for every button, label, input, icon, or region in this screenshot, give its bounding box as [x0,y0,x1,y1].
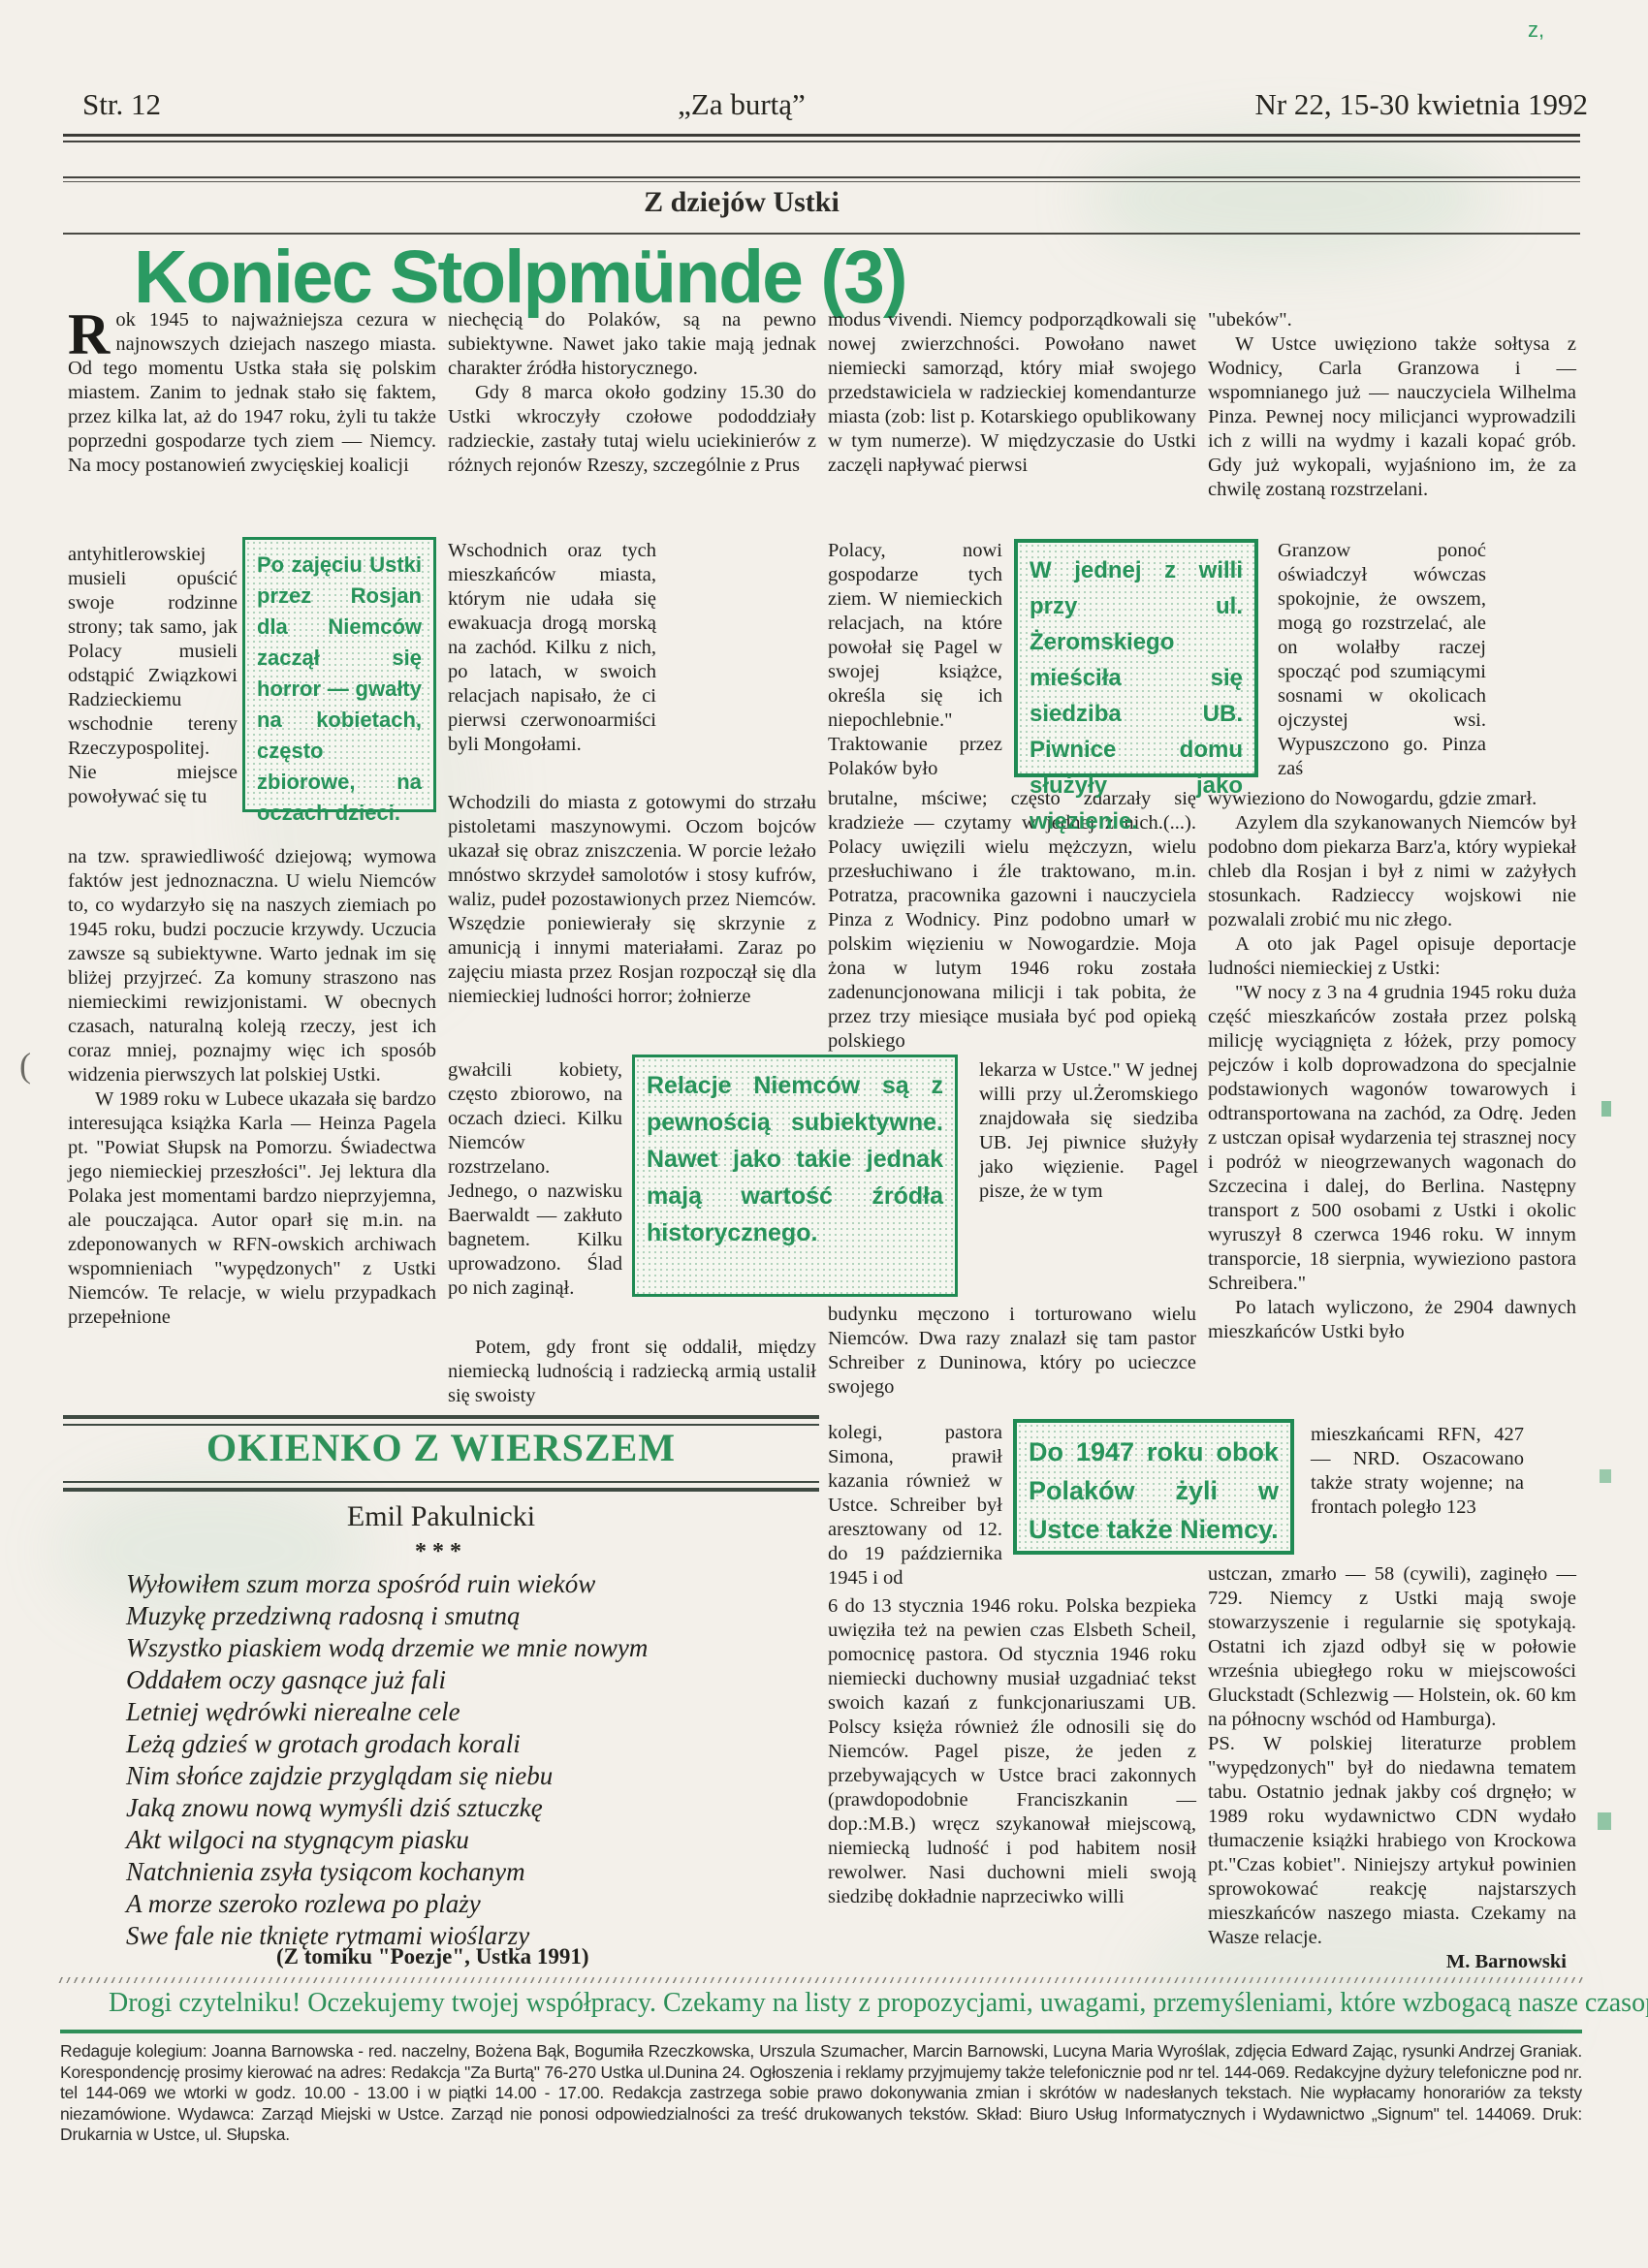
drop-cap: R [68,308,115,357]
masthead: „Za burtą” [63,87,1420,122]
pull-quote-box-1: Po zajęciu Ustki przez Rosjan dla Niemcó… [242,537,436,812]
poem-line: Natchnienia zsyła tysiącom kochanym [126,1856,727,1888]
article-text-segment: Rok 1945 to najważniejsza cezura w najno… [68,308,436,478]
article-text-segment: modus vivendi. Niemcy podporządkowali si… [828,308,1196,478]
article-text-segment: ustczan, zmarło — 58 (cywili), zaginęło … [1208,1562,1576,1974]
margin-mark: ( [19,1045,31,1086]
article-text-segment: na tzw. sprawiedliwość dziejową; wymowa … [68,845,436,1330]
margin-mark [1601,1101,1611,1117]
article-text-segment: lekarza w Ustce." W jednej willi przy ul… [979,1058,1198,1204]
poem-line: Jaką znowu nową wymyśli dziś sztuczkę [126,1792,727,1824]
margin-mark [1598,1812,1611,1830]
pull-quote-text: W jednej z willi przy ul. Żeromskiego mi… [1030,557,1243,835]
margin-mark: z, [1528,17,1544,43]
poem-section-title: OKIENKO Z WIERSZEM [63,1425,819,1470]
poem-line: Oddałem oczy gasnące już fali [126,1664,727,1696]
article-text-segment: antyhitlerowskiej musieli opuścić swoje … [68,543,238,809]
poem-line: Wszystko piaskiem wodą drzemie we mnie n… [126,1632,727,1664]
poem-separator: *** [63,1539,819,1565]
poem-body: Wyłowiłem szum morza spośród ruin wieków… [126,1568,727,1952]
pull-quote-box-4: Do 1947 roku obok Polaków żyli w Ustce t… [1013,1419,1294,1555]
poem-rule-bottom [63,1481,819,1492]
article-text-segment: Granzow ponoć oświadczył wówczas spokojn… [1278,539,1486,781]
pull-quote-box-3: Relacje Niemców są z pewnością subiektyw… [632,1055,958,1297]
issue-date: Nr 22, 15-30 kwietnia 1992 [1254,87,1588,122]
footer-zigzag-rule [58,1977,1585,1983]
article-text-segment: Potem, gdy front się oddalił, między nie… [448,1336,816,1408]
newspaper-page: Str. 12 „Za burtą” Nr 22, 15-30 kwietnia… [0,0,1648,2268]
article-text-segment: gwałcili kobiety, często zbiorowo, na oc… [448,1058,622,1301]
pull-quote-text: Do 1947 roku obok Polaków żyli w Ustce t… [1029,1437,1279,1544]
poem-author: Emil Pakulnicki [63,1500,819,1533]
header-rule-bottom [63,176,1580,182]
poem-source: (Z tomiku "Poezje", Ustka 1991) [276,1944,589,1969]
poem-line: Wyłowiłem szum morza spośród ruin wieków [126,1568,727,1600]
article-text-segment: budynku męczono i torturowano wielu Niem… [828,1303,1196,1400]
poem-line: Akt wilgoci na stygnącym piasku [126,1824,727,1856]
article-text-segment: "ubeków". W Ustce uwięziono także sołtys… [1208,308,1576,502]
article-text-segment: Polacy, nowi gospodarze tych ziem. W nie… [828,539,1002,781]
pull-quote-box-2: W jednej z willi przy ul. Żeromskiego mi… [1014,539,1258,777]
poem-line: Muzykę przedziwną radosną i smutną [126,1600,727,1632]
article-text-segment: Wchodzili do miasta z gotowymi do strzał… [448,791,816,1009]
article-text-segment: Wschodnich oraz tych mieszkańców miasta,… [448,539,656,757]
author-signature: M. Barnowski [1208,1950,1576,1974]
poem-line: Letniej wędrówki nierealne cele [126,1696,727,1728]
reader-appeal: Drogi czytelniku! Oczekujemy twojej wspó… [109,1988,1572,2019]
section-kicker: Z dziejów Ustki [63,186,1420,219]
article-text-segment: 6 do 13 stycznia 1946 roku. Polska bezpi… [828,1594,1196,1909]
header-rule-top [63,134,1580,142]
pull-quote-text: Relacje Niemców są z pewnością subiektyw… [647,1072,943,1246]
article-text-segment: niechęcią do Polaków, są na pewno subiek… [448,308,816,478]
poem-line: Nim słońce zajdzie przyglądam się niebu [126,1760,727,1792]
article-text-segment: brutalne, mściwe; często zdarzały się kr… [828,787,1196,1054]
article-text-segment: kolegi, pastora Simona, prawił kazania r… [828,1421,1002,1591]
footer-green-rule [60,2030,1582,2033]
poem-line: A morze szeroko rozlewa po plaży [126,1888,727,1920]
imprint-block: Redaguje kolegium: Joanna Barnowska - re… [60,2041,1582,2146]
poem-line: Leżą gdzieś w grotach grodach korali [126,1728,727,1760]
pull-quote-text: Po zajęciu Ustki przez Rosjan dla Niemcó… [257,552,422,825]
article-text-segment: wywieziono do Nowogardu, gdzie zmarł. Az… [1208,787,1576,1344]
article-text-segment: mieszkańcami RFN, 427 — NRD. Oszacowano … [1311,1423,1524,1520]
margin-mark [1600,1469,1611,1483]
